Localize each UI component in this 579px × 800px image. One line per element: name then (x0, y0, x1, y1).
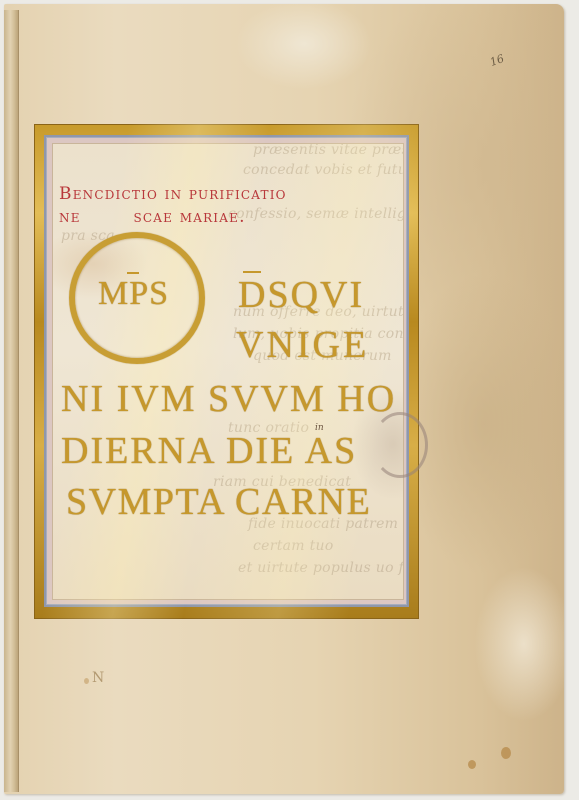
wax-stain (84, 678, 89, 684)
abbreviation-mark (127, 272, 139, 274)
rubric-line-1: Bencdictio in purificatio (59, 184, 287, 204)
wax-stain (501, 747, 511, 759)
medallion-monogram: MPS (98, 275, 169, 313)
faded-flourish (372, 412, 428, 478)
gold-line-2: VNIGE (236, 323, 369, 367)
gold-line-5: SVMPTA CARNE (66, 480, 371, 524)
gold-line-4: DIERNA DIE AS (61, 429, 357, 473)
show-through-text: concedat vobis et futuræ (243, 162, 404, 178)
gold-line-3: NI IVM SVVM HO (61, 377, 396, 421)
show-through-text: certam tuo (253, 538, 334, 554)
interlinear-gloss: in (315, 423, 324, 433)
rubric-line-2: ne scae mariae. (59, 207, 246, 227)
margin-marks: N (92, 670, 110, 686)
wax-stain (468, 760, 476, 769)
show-through-text: et uirtute populus uo foliis (238, 560, 404, 576)
show-through-text: præsentis vitae præsidium (253, 143, 404, 158)
gold-line-1: DSQVI (238, 273, 364, 317)
show-through-text: confessio, semæ intelligentie (228, 206, 404, 222)
binding-gutter (4, 10, 19, 792)
abbreviation-mark (243, 271, 261, 273)
